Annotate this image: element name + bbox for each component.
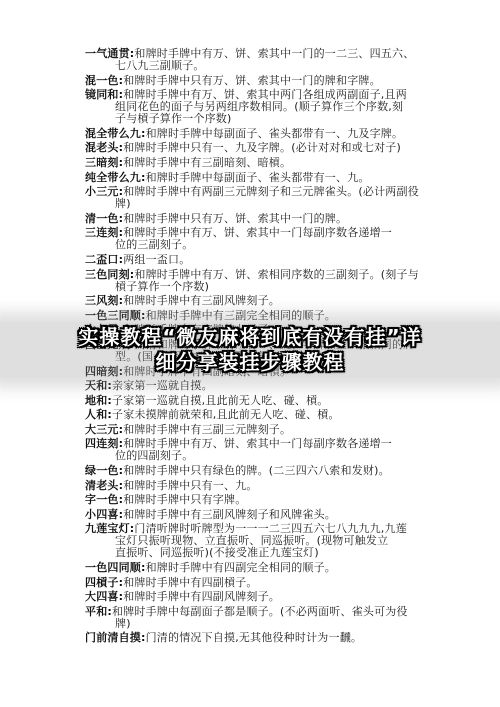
- yaku-term: 四槓子:: [85, 576, 123, 589]
- yaku-entry-cont-line: 七八九三副顺子。: [85, 60, 430, 72]
- yaku-entry-first-line: 人和:子家未摸牌前就荣和,且此前无人吃、碰、槓。: [85, 409, 430, 421]
- yaku-definition: 和牌时手牌中有四副暗刻、暗槓。: [123, 365, 291, 378]
- yaku-definition: 和牌时手牌中有万、饼、索相同序数的三副刻子。(刻子与: [134, 268, 419, 281]
- yaku-definition: 和牌时手牌中有三副风牌刻子。: [123, 294, 280, 307]
- yaku-entry: 小三元:和牌时手牌中有两副三元牌刻子和三元牌雀头。(必计两副役牌): [85, 186, 430, 210]
- yaku-definition: 和牌时手牌中有三副暗刻、暗槓。: [123, 156, 291, 169]
- yaku-entry-cont-line: 型。(国士无双在听牌时可以抢暗槓的抢槓和): [85, 351, 430, 363]
- yaku-term: 字一色:: [85, 493, 123, 506]
- yaku-term: 国士无双:: [85, 338, 134, 351]
- yaku-entry: 天和:亲家第一巡就自摸。: [85, 380, 430, 392]
- yaku-definition: 和牌时手牌中每副面子都是顺子。(不必两面听、雀头可为役: [112, 605, 408, 618]
- yaku-entry-first-line: 小三元:和牌时手牌中有两副三元牌刻子和三元牌雀头。(必计两副役: [85, 186, 430, 198]
- yaku-entry: 国士无双:门清和牌时手牌中有所有一、九、字牌加上一张相同的牌型。(国士无双在听牌…: [85, 339, 430, 363]
- yaku-term: 门前清自摸:: [85, 631, 146, 644]
- yaku-entry-first-line: 大七星:和牌时手牌中有字牌的七对子。: [85, 324, 430, 336]
- yaku-entry-first-line: 平和:和牌时手牌中每副面子都是顺子。(不必两面听、雀头可为役: [85, 606, 430, 618]
- yaku-entry-first-line: 一色四同顺:和牌时手牌中有四副完全相同的顺子。: [85, 562, 430, 574]
- yaku-definition: 和牌时手牌中只有万、饼、索其中一门的牌和字牌。: [123, 74, 381, 87]
- yaku-term: 混一色:: [85, 74, 123, 87]
- yaku-entry: 二盃口:两组一盃口。: [85, 254, 430, 266]
- yaku-entry-first-line: 小四喜:和牌时手牌中有三副风牌刻子和风牌雀头。: [85, 509, 430, 521]
- yaku-entry: 门前清自摸:门清的情况下自摸,无其他役种时计为一飜。: [85, 632, 430, 644]
- yaku-entry-first-line: 混全带么九:和牌时手牌中每副面子、雀头都带有一、九及字牌。: [85, 128, 430, 140]
- yaku-entry: 清老头:和牌时手牌中只有一、九。: [85, 480, 430, 492]
- yaku-term: 一色四同顺:: [85, 561, 146, 574]
- yaku-definition: 亲家第一巡就自摸。: [112, 379, 213, 392]
- yaku-entry-cont-line: 牌): [85, 618, 430, 630]
- yaku-definition: 和牌时手牌中只有一、九及字牌。(必计对对和或七对子): [123, 141, 401, 154]
- yaku-definition: 和牌时手牌中有四副风牌刻子。: [123, 590, 280, 603]
- yaku-term: 清一色:: [85, 212, 123, 225]
- yaku-entry: 镜同和:和牌时手牌中有万、饼、索其中两门各组成两副面子,且两组同花色的面子与另两…: [85, 89, 430, 125]
- yaku-entry: 三连刻:和牌时手牌中有万、饼、索其中一门每副序数各递增一位的三副刻子。: [85, 227, 430, 251]
- yaku-definition: 和牌时手牌中每副面子、雀头都带有一、九。: [146, 171, 370, 184]
- yaku-definition: 门清和牌时手牌中有所有一、九、字牌加上一张相同的牌: [134, 338, 414, 351]
- yaku-entry-first-line: 地和:子家第一巡就自摸,且此前无人吃、碰、槓。: [85, 395, 430, 407]
- yaku-term: 大三元:: [85, 423, 123, 436]
- yaku-entry-first-line: 二盃口:两组一盃口。: [85, 254, 430, 266]
- yaku-entry-first-line: 混一色:和牌时手牌中只有万、饼、索其中一门的牌和字牌。: [85, 75, 430, 87]
- yaku-entry-first-line: 四暗刻:和牌时手牌中有四副暗刻、暗槓。: [85, 366, 430, 378]
- yaku-definition: 和牌时手牌中只有字牌。: [123, 493, 246, 506]
- yaku-term: 三风刻:: [85, 294, 123, 307]
- yaku-entry-first-line: 清一色:和牌时手牌中只有万、饼、索其中一门的牌。: [85, 213, 430, 225]
- yaku-entry-first-line: 三色同刻:和牌时手牌中有万、饼、索相同序数的三副刻子。(刻子与: [85, 269, 430, 281]
- yaku-entry: 地和:子家第一巡就自摸,且此前无人吃、碰、槓。: [85, 395, 430, 407]
- yaku-definition: 和牌时手牌中有三副风牌刻子和风牌雀头。: [123, 508, 336, 521]
- yaku-entry-first-line: 大四喜:和牌时手牌中有四副风牌刻子。: [85, 591, 430, 603]
- yaku-entry-first-line: 四槓子:和牌时手牌中有四副槓子。: [85, 577, 430, 589]
- yaku-entry: 三色同刻:和牌时手牌中有万、饼、索相同序数的三副刻子。(刻子与槓子算作一个序数): [85, 269, 430, 293]
- yaku-definition: 子家未摸牌前就荣和,且此前无人吃、碰、槓。: [112, 408, 340, 421]
- yaku-entry-cont-line: 直振听、同巡振听)(不接受准正九莲宝灯): [85, 547, 430, 559]
- document-page: 一气通贯:和牌时手牌中有万、饼、索其中一门的一二三、四五六、七八九三副顺子。混一…: [0, 0, 500, 707]
- yaku-entry-first-line: 混老头:和牌时手牌中只有一、九及字牌。(必计对对和或七对子): [85, 142, 430, 154]
- yaku-entry-first-line: 纯全带么九:和牌时手牌中每副面子、雀头都带有一、九。: [85, 172, 430, 184]
- yaku-term: 地和:: [85, 394, 112, 407]
- yaku-entry: 一色三同顺:和牌时手牌中有三副完全相同的顺子。: [85, 310, 430, 322]
- yaku-entry: 大四喜:和牌时手牌中有四副风牌刻子。: [85, 591, 430, 603]
- yaku-term: 人和:: [85, 408, 112, 421]
- yaku-entry-first-line: 天和:亲家第一巡就自摸。: [85, 380, 430, 392]
- yaku-term: 天和:: [85, 379, 112, 392]
- yaku-entry: 纯全带么九:和牌时手牌中每副面子、雀头都带有一、九。: [85, 172, 430, 184]
- yaku-entry: 四槓子:和牌时手牌中有四副槓子。: [85, 577, 430, 589]
- yaku-entry: 混一色:和牌时手牌中只有万、饼、索其中一门的牌和字牌。: [85, 75, 430, 87]
- yaku-entry: 大三元:和牌时手牌中有三副三元牌刻子。: [85, 424, 430, 436]
- yaku-entry: 九莲宝灯:门清听牌时听牌型为一一一二三四五六七八九九九,九莲宝灯只振听现物、立直…: [85, 523, 430, 559]
- yaku-entry: 一色四同顺:和牌时手牌中有四副完全相同的顺子。: [85, 562, 430, 574]
- yaku-entry-cont-line: 子与槓子算作一个序数): [85, 113, 430, 125]
- yaku-definition: 和牌时手牌中有字牌的七对子。: [123, 323, 280, 336]
- yaku-entry: 三暗刻:和牌时手牌中有三副暗刻、暗槓。: [85, 157, 430, 169]
- yaku-entry: 四连刻:和牌时手牌中有万、饼、索其中一门每副序数各递增一位的四副刻子。: [85, 438, 430, 462]
- yaku-entry: 人和:子家未摸牌前就荣和,且此前无人吃、碰、槓。: [85, 409, 430, 421]
- yaku-entry-first-line: 清老头:和牌时手牌中只有一、九。: [85, 480, 430, 492]
- yaku-term: 平和:: [85, 605, 112, 618]
- yaku-entry: 绿一色:和牌时手牌中只有绿色的牌。(二三四六八索和发财)。: [85, 465, 430, 477]
- yaku-entry-first-line: 绿一色:和牌时手牌中只有绿色的牌。(二三四六八索和发财)。: [85, 465, 430, 477]
- yaku-term: 清老头:: [85, 479, 123, 492]
- yaku-entry-first-line: 大三元:和牌时手牌中有三副三元牌刻子。: [85, 424, 430, 436]
- yaku-definition: 两组一盃口。: [123, 253, 190, 266]
- yaku-definition: 和牌时手牌中只有绿色的牌。(二三四六八索和发财)。: [123, 464, 390, 477]
- yaku-entry: 混老头:和牌时手牌中只有一、九及字牌。(必计对对和或七对子): [85, 142, 430, 154]
- yaku-term: 大七星:: [85, 323, 123, 336]
- yaku-term: 绿一色:: [85, 464, 123, 477]
- yaku-definition: 和牌时手牌中有四副完全相同的顺子。: [146, 561, 336, 574]
- yaku-term: 小四喜:: [85, 508, 123, 521]
- yaku-entry: 混全带么九:和牌时手牌中每副面子、雀头都带有一、九及字牌。: [85, 128, 430, 140]
- yaku-entry: 字一色:和牌时手牌中只有字牌。: [85, 494, 430, 506]
- yaku-definition: 和牌时手牌中有四副槓子。: [123, 576, 257, 589]
- yaku-entry-first-line: 三暗刻:和牌时手牌中有三副暗刻、暗槓。: [85, 157, 430, 169]
- yaku-term: 三色同刻:: [85, 268, 134, 281]
- yaku-definition: 和牌时手牌中有两副三元牌刻子和三元牌雀头。(必计两副役: [123, 185, 419, 198]
- yaku-definition: 和牌时手牌中只有万、饼、索其中一门的牌。: [123, 212, 347, 225]
- yaku-definition: 和牌时手牌中有三副三元牌刻子。: [123, 423, 291, 436]
- yaku-entry: 三风刻:和牌时手牌中有三副风牌刻子。: [85, 295, 430, 307]
- yaku-definition: 子家第一巡就自摸,且此前无人吃、碰、槓。: [112, 394, 329, 407]
- yaku-entry-first-line: 三风刻:和牌时手牌中有三副风牌刻子。: [85, 295, 430, 307]
- yaku-term: 大四喜:: [85, 590, 123, 603]
- yaku-entry: 四暗刻:和牌时手牌中有四副暗刻、暗槓。: [85, 366, 430, 378]
- yaku-definition: 和牌时手牌中每副面子、雀头都带有一、九及字牌。: [146, 127, 404, 140]
- yaku-term: 三暗刻:: [85, 156, 123, 169]
- yaku-entry-cont-line: 槓子算作一个序数): [85, 281, 430, 293]
- yaku-entry-cont-line: 位的四副刻子。: [85, 450, 430, 462]
- yaku-entry-cont-line: 牌): [85, 198, 430, 210]
- yaku-entry: 平和:和牌时手牌中每副面子都是顺子。(不必两面听、雀头可为役牌): [85, 606, 430, 630]
- yaku-definition: 和牌时手牌中只有一、九。: [123, 479, 257, 492]
- yaku-entry: 小四喜:和牌时手牌中有三副风牌刻子和风牌雀头。: [85, 509, 430, 521]
- yaku-entry: 一气通贯:和牌时手牌中有万、饼、索其中一门的一二三、四五六、七八九三副顺子。: [85, 48, 430, 72]
- yaku-term: 混全带么九:: [85, 127, 146, 140]
- yaku-entry-first-line: 一色三同顺:和牌时手牌中有三副完全相同的顺子。: [85, 310, 430, 322]
- yaku-term: 一色三同顺:: [85, 309, 146, 322]
- yaku-term: 二盃口:: [85, 253, 123, 266]
- yaku-entry-first-line: 字一色:和牌时手牌中只有字牌。: [85, 494, 430, 506]
- yaku-entry: 清一色:和牌时手牌中只有万、饼、索其中一门的牌。: [85, 213, 430, 225]
- yaku-definition: 和牌时手牌中有三副完全相同的顺子。: [146, 309, 336, 322]
- yaku-term: 混老头:: [85, 141, 123, 154]
- yaku-term: 纯全带么九:: [85, 171, 146, 184]
- yaku-glossary-list: 一气通贯:和牌时手牌中有万、饼、索其中一门的一二三、四五六、七八九三副顺子。混一…: [85, 48, 430, 647]
- yaku-definition: 门清的情况下自摸,无其他役种时计为一飜。: [146, 631, 363, 644]
- yaku-entry-cont-line: 位的三副刻子。: [85, 239, 430, 251]
- yaku-entry: 大七星:和牌时手牌中有字牌的七对子。: [85, 324, 430, 336]
- yaku-entry-first-line: 门前清自摸:门清的情况下自摸,无其他役种时计为一飜。: [85, 632, 430, 644]
- yaku-term: 四暗刻:: [85, 365, 123, 378]
